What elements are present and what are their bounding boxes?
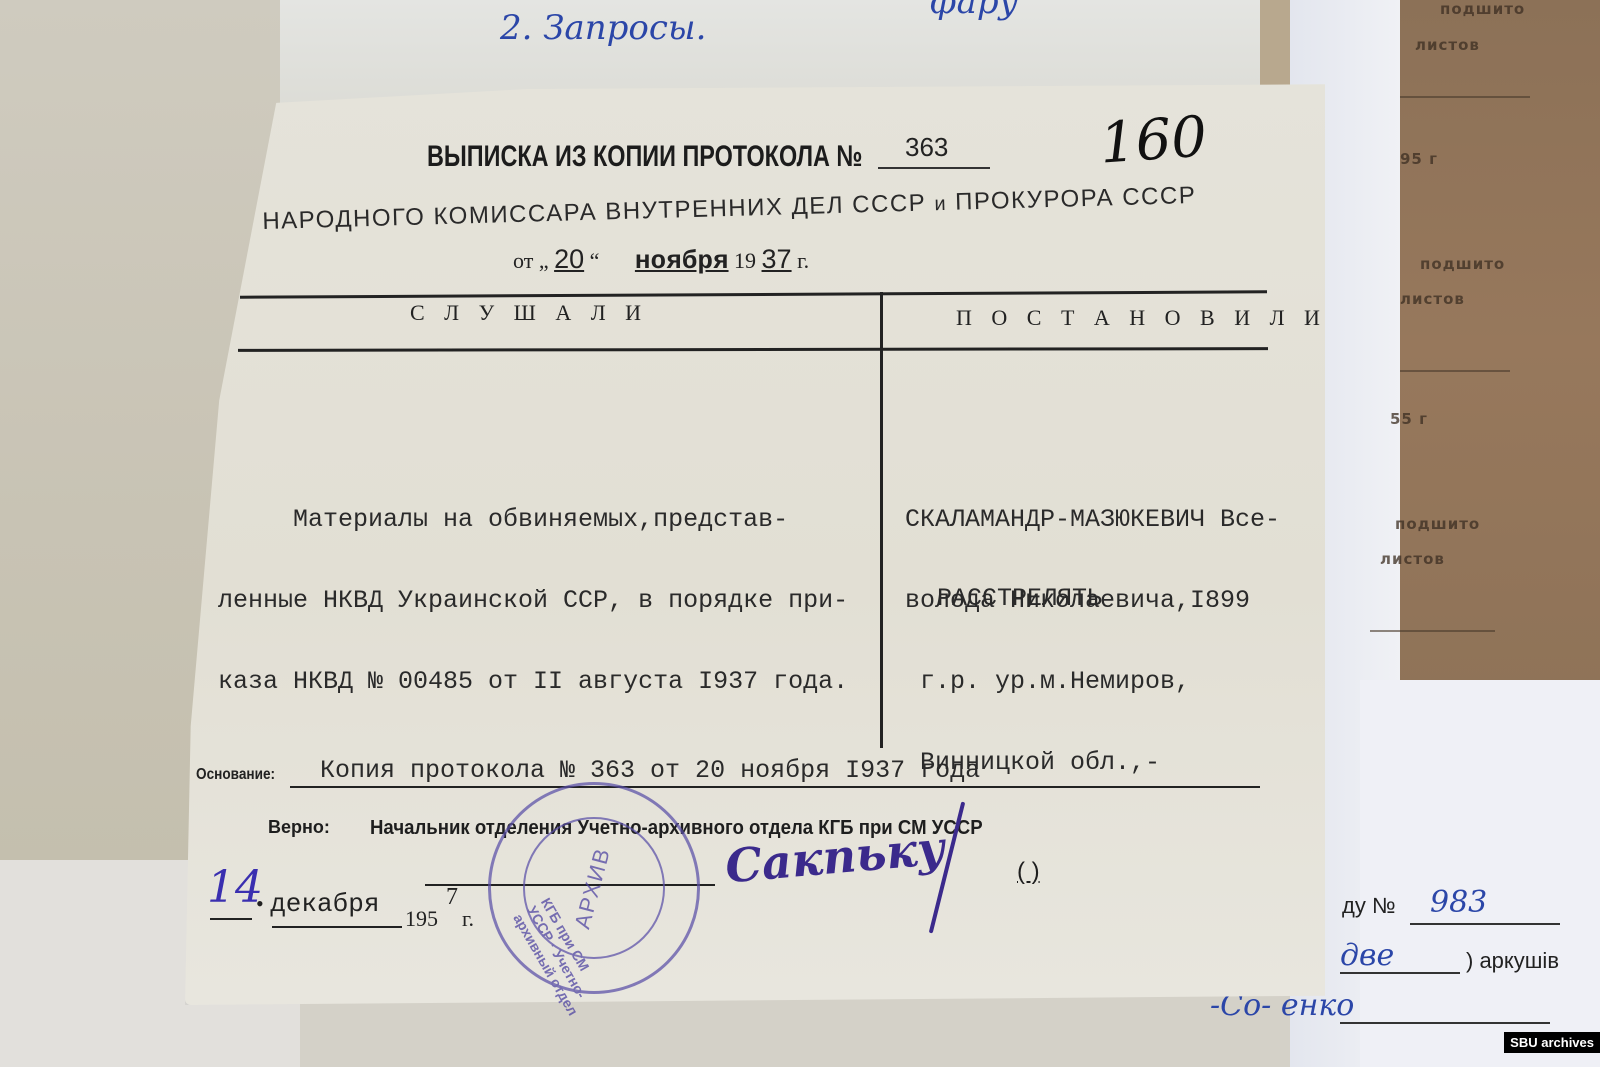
name-blank-text: ( ) [1017,858,1040,885]
basis-label: Основание: [196,766,275,784]
issue-month-underline [272,926,402,928]
certified-label: Верно: [268,817,330,838]
kraft-label: подшито [1420,255,1505,273]
receipt-form: ду № 983 две ) аркушів -Со- енко [1360,680,1600,1067]
subtitle-and: и [934,193,947,215]
column-header-heard: С Л У Ш А Л И [410,300,648,326]
kraft-label: 55 г [1390,410,1428,428]
archive-stamp: АРХИВ КГБ при СМ УССР · Учетно-архивный … [488,782,700,994]
verdict: РАССТРЕЛЯТЬ [937,585,1102,612]
kraft-label: листов [1415,36,1480,54]
issue-year-suffix: 7 [446,884,458,911]
case-number-label: ду № [1342,893,1396,919]
subtitle-prosecutor: ПРОКУРОРА СССР [955,182,1197,216]
protocol-date: от „ 20 “ ноября 19 37 г. [513,244,809,276]
basis-underline [290,786,1260,788]
date-year-suffix: 37 [762,244,792,274]
heard-line: каза НКВД № 00485 от II августа I937 год… [218,668,848,695]
date-suffix: г. [797,248,809,273]
kraft-line [1400,96,1530,98]
kraft-line [1400,370,1510,372]
date-month: ноября [635,246,729,276]
decided-line: г.р. ур.м.Немиров, [905,668,1280,695]
issue-day-handwritten: 14 [207,862,263,913]
date-day: 20 [554,244,584,274]
kraft-label: подшито [1395,515,1480,533]
watermark: SBU archives [1504,1032,1600,1053]
protocol-number-underline [878,167,990,169]
kraft-label: листов [1400,290,1465,308]
form-line [1340,1022,1550,1024]
kraft-label: 95 г [1400,150,1438,168]
name-blank: ( ) [1017,858,1040,886]
form-line [1410,923,1560,925]
date-prefix: от „ [513,248,549,273]
issue-month: декабря [270,889,379,919]
kraft-label: листов [1380,550,1445,568]
issue-date: • декабря [256,888,379,919]
case-number-handwritten: 983 [1430,885,1487,920]
column-divider [880,292,883,748]
kraft-label: подшито [1440,0,1525,18]
document-title: ВЫПИСКА ИЗ КОПИИ ПРОТОКОЛА № [427,140,862,174]
column-header-decided: П О С Т А Н О В И Л И [956,305,1327,331]
sheet-number-handwritten: 160 [1098,104,1209,176]
issue-year-prefix: 195 [405,906,438,932]
kraft-folder: подшито листов 95 г подшито листов 55 г … [1400,0,1600,690]
sheets-label: ) аркушів [1466,948,1559,974]
issue-day-underline [210,918,252,920]
heard-text: Материалы на обвиняемых,представ- ленные… [218,452,848,722]
kraft-line [1370,630,1495,632]
heard-line: ленные НКВД Украинской ССР, в порядке пр… [218,587,848,614]
basis-text: Копия протокола № 363 от 20 ноября I937 … [320,757,980,784]
heard-line: Материалы на обвиняемых,представ- [218,506,848,533]
handwritten-note-top-right: фару [930,0,1018,22]
decided-line: СКАЛАМАНДР-МАЗЮКЕВИЧ Все- [905,506,1280,533]
date-year-prefix: 19 [734,248,756,273]
protocol-number: 363 [905,132,948,163]
decided-text: СКАЛАМАНДР-МАЗЮКЕВИЧ Все- волода Николае… [905,452,1280,803]
issue-year-g: г. [462,906,474,932]
sheets-handwritten: две [1340,938,1394,973]
form-line [1340,972,1460,974]
date-quote: “ [590,248,600,273]
handwritten-note-top: 2. Запросы. [500,8,706,48]
